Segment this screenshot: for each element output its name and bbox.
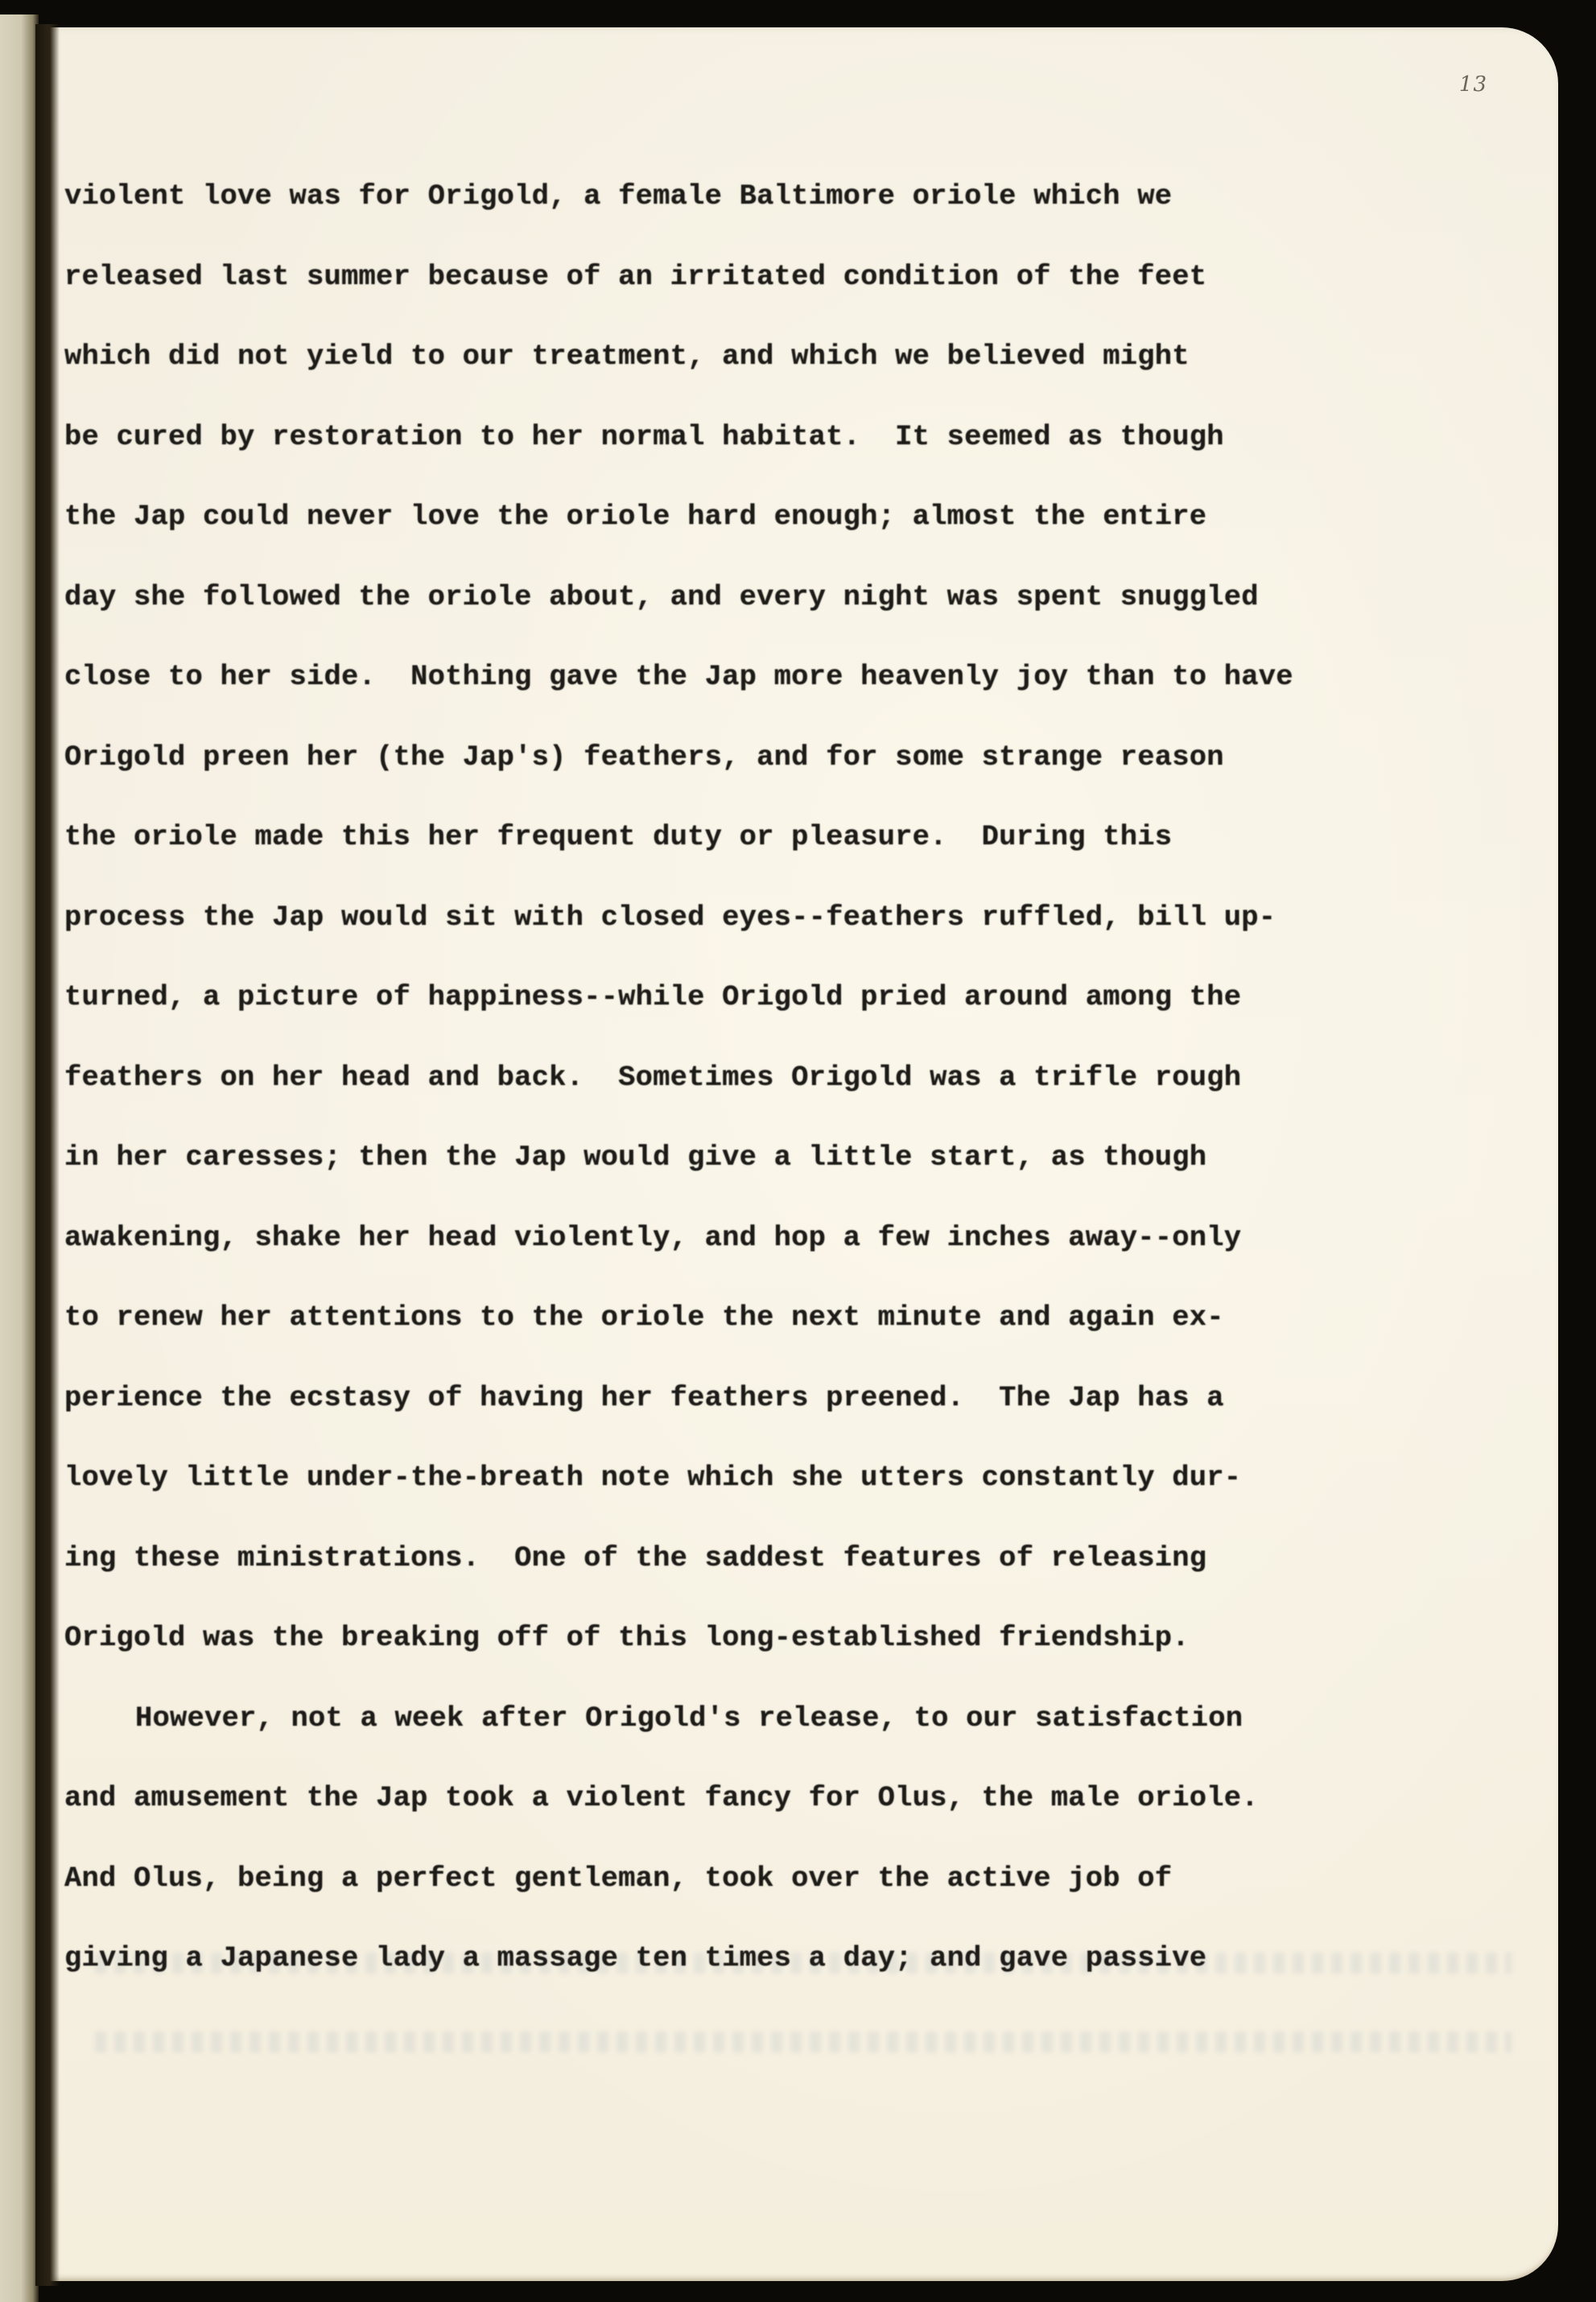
text-line: process the Jap would sit with closed ey… [64, 877, 1529, 958]
text-line: day she followed the oriole about, and e… [64, 557, 1529, 637]
typewritten-page: 13 violent love was for Origold, a femal… [47, 27, 1558, 2281]
text-line: the oriole made this her frequent duty o… [64, 797, 1529, 877]
text-line: released last summer because of an irrit… [64, 237, 1529, 317]
text-line: be cured by restoration to her normal ha… [64, 397, 1529, 477]
text-line: which did not yield to our treatment, an… [64, 316, 1529, 397]
text-line: giving a Japanese lady a massage ten tim… [64, 1918, 1529, 1999]
text-line: Origold was the breaking off of this lon… [64, 1598, 1529, 1678]
text-line: and amusement the Jap took a violent fan… [64, 1758, 1529, 1838]
text-line: feathers on her head and back. Sometimes… [64, 1038, 1529, 1118]
text-line: the Jap could never love the oriole hard… [64, 476, 1529, 557]
binding-gutter [35, 24, 60, 2286]
text-line: close to her side. Nothing gave the Jap … [64, 637, 1529, 717]
text-line: turned, a picture of happiness--while Or… [64, 957, 1529, 1038]
body-text: violent love was for Origold, a female B… [64, 156, 1529, 1999]
reverse-side-bleedthrough [95, 2032, 1511, 2052]
adjacent-page-edge [0, 14, 39, 2302]
text-line: ing these ministrations. One of the sadd… [64, 1518, 1529, 1599]
text-line: violent love was for Origold, a female B… [64, 156, 1529, 237]
page-number: 13 [1459, 72, 1487, 97]
paragraph-start-line: However, not a week after Origold's rele… [64, 1678, 1529, 1759]
text-line: to renew her attentions to the oriole th… [64, 1277, 1529, 1358]
text-line: lovely little under-the-breath note whic… [64, 1438, 1529, 1518]
text-line: And Olus, being a perfect gentleman, too… [64, 1838, 1529, 1919]
text-line: in her caresses; then the Jap would give… [64, 1117, 1529, 1198]
text-line: perience the ecstasy of having her feath… [64, 1358, 1529, 1438]
text-line: Origold preen her (the Jap's) feathers, … [64, 717, 1529, 798]
text-line: awakening, shake her head violently, and… [64, 1198, 1529, 1278]
